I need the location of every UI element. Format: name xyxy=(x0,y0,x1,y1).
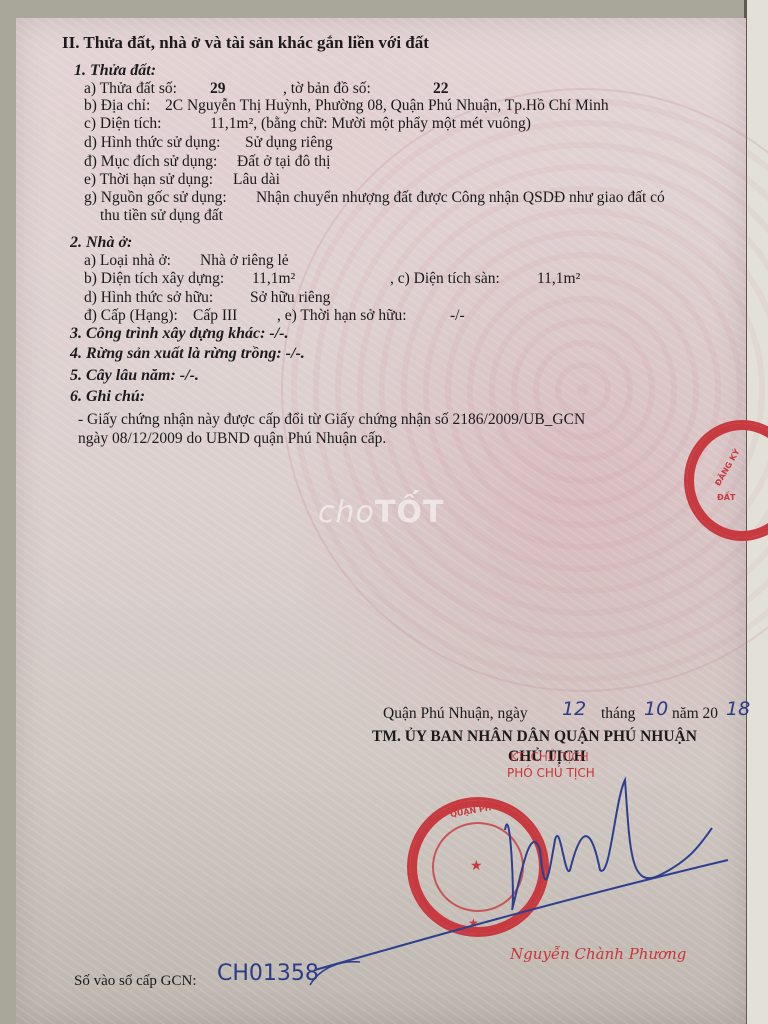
signer-name: Nguyễn Chành Phương xyxy=(510,945,686,964)
signature-strokes xyxy=(0,0,768,1024)
register-label: Số vào sổ cấp GCN: xyxy=(74,972,197,991)
register-number: CH01358 xyxy=(217,964,319,983)
